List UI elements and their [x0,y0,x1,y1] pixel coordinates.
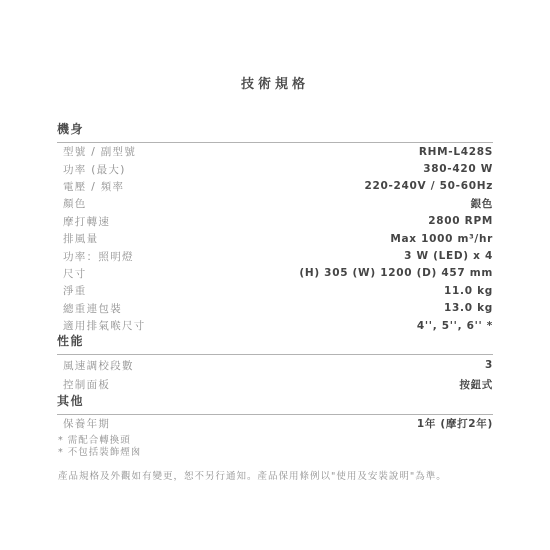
spec-row-fan-speeds: 風速調校段數 3 [63,355,493,375]
spec-value: 4'', 5'', 6'' * [417,320,493,332]
spec-row-power: 功率 (最大) 380-420 W [63,160,493,177]
spec-rows-other: 保養年期 1年 (摩打2年) [57,415,493,432]
spec-value: 按鈕式 [459,377,493,392]
spec-value: 11.0 kg [444,285,493,297]
section-body: 機身 型號 / 副型號 RHM-L428S 功率 (最大) 380-420 W … [57,122,493,334]
spec-value: 13.0 kg [444,302,493,314]
spec-row-net-weight: 淨重 11.0 kg [63,282,493,299]
spec-row-duct-size: 適用排氣喉尺寸 4'', 5'', 6'' * [63,317,493,334]
spec-value: 2800 RPM [428,215,493,227]
spec-value: RHM-L428S [419,146,493,158]
spec-value: 220-240V / 50-60Hz [364,180,493,192]
section-title-body: 機身 [57,122,493,143]
section-title-other: 其他 [57,394,493,415]
spec-row-dimensions: 尺寸 (H) 305 (W) 1200 (D) 457 mm [63,265,493,282]
section-performance: 性能 風速調校段數 3 控制面板 按鈕式 [57,334,493,394]
spec-value: (H) 305 (W) 1200 (D) 457 mm [299,267,493,279]
spec-rows-performance: 風速調校段數 3 控制面板 按鈕式 [57,355,493,394]
spec-value: 380-420 W [423,163,493,175]
section-title-performance: 性能 [57,334,493,355]
spec-value: 銀色 [471,196,493,211]
footnote-chimney: * 不包括裝飾煙囪 [58,447,493,459]
spec-row-gross-weight: 總重連包裝 13.0 kg [63,300,493,317]
spec-label: 控制面板 [63,377,110,392]
spec-row-warranty: 保養年期 1年 (摩打2年) [63,415,493,432]
spec-row-motor-speed: 摩打轉速 2800 RPM [63,213,493,230]
spec-row-model: 型號 / 副型號 RHM-L428S [63,143,493,160]
footnotes: * 需配合轉換頭 * 不包括裝飾煙囪 [57,435,493,458]
spec-label: 摩打轉速 [63,214,110,229]
spec-label: 淨重 [63,283,87,298]
spec-value: 3 W (LED) x 4 [404,250,493,262]
spec-label: 功率：照明燈 [63,249,134,264]
spec-label: 尺寸 [63,266,87,281]
spec-label: 適用排氣喉尺寸 [63,318,146,333]
spec-row-color: 顏色 銀色 [63,195,493,212]
spec-label: 功率 (最大) [63,162,126,177]
spec-label: 型號 / 副型號 [63,144,136,159]
spec-label: 排風量 [63,231,98,246]
spec-label: 風速調校段數 [63,358,134,373]
footnote-adapter: * 需配合轉換頭 [58,435,493,447]
spec-row-airflow: 排風量 Max 1000 m³/hr [63,230,493,247]
spec-label: 電壓 / 頻率 [63,179,124,194]
spec-value: 3 [485,359,493,371]
page-title: 技術規格 [57,73,493,92]
disclaimer-text: 產品規格及外觀如有變更，恕不另行通知。產品保用條例以"使用及安裝說明"為準。 [57,468,493,482]
section-other: 其他 保養年期 1年 (摩打2年) [57,394,493,432]
spec-row-control-panel: 控制面板 按鈕式 [63,375,493,395]
spec-label: 保養年期 [63,416,110,431]
spec-row-lamp-power: 功率：照明燈 3 W (LED) x 4 [63,247,493,264]
spec-value: Max 1000 m³/hr [390,233,493,245]
spec-label: 總重連包裝 [63,301,122,316]
spec-value: 1年 (摩打2年) [417,416,493,431]
spec-label: 顏色 [63,196,87,211]
spec-row-voltage: 電壓 / 頻率 220-240V / 50-60Hz [63,178,493,195]
spec-page: 技術規格 機身 型號 / 副型號 RHM-L428S 功率 (最大) 380-4… [0,0,550,550]
spec-rows-body: 型號 / 副型號 RHM-L428S 功率 (最大) 380-420 W 電壓 … [57,143,493,334]
